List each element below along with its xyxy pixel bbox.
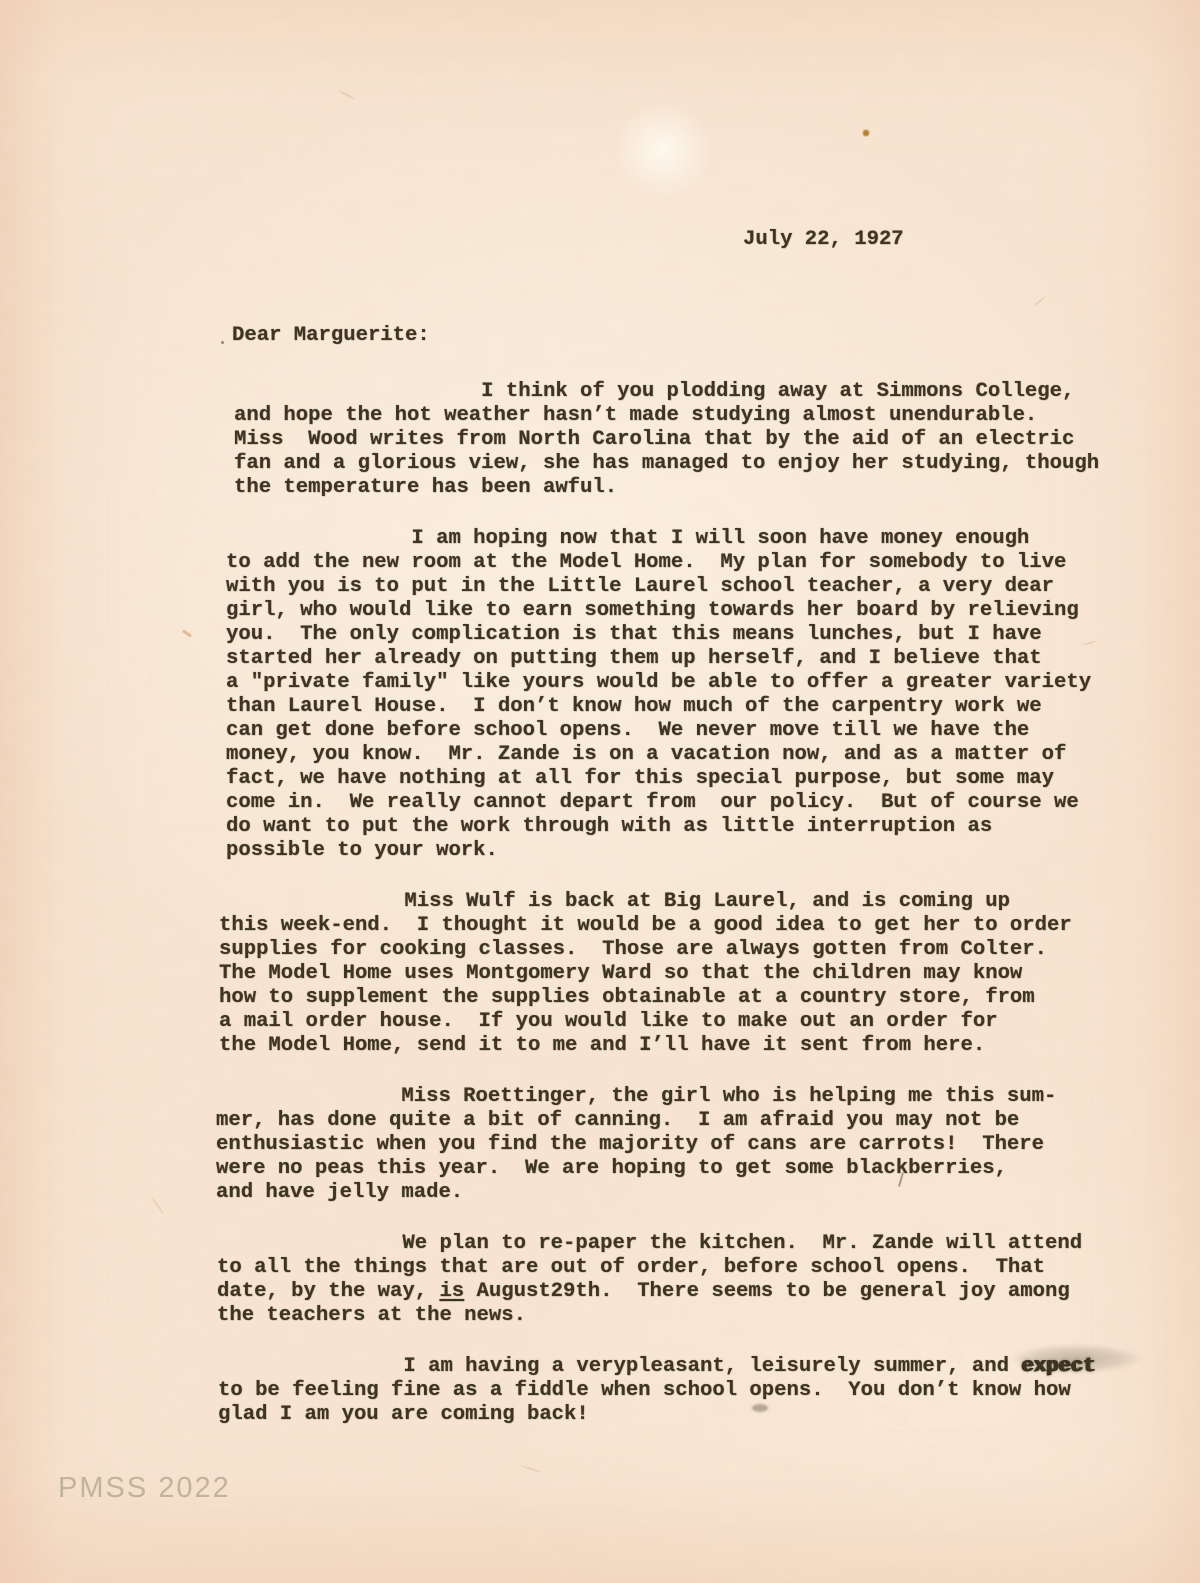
- letter-line: Miss Roettinger, the girl who is helping…: [216, 1085, 1146, 1109]
- paragraph: Miss Roettinger, the girl who is helping…: [216, 1085, 1146, 1205]
- paper-speck: [862, 129, 870, 137]
- letter-line: come in. We really cannot depart from ou…: [226, 791, 1156, 815]
- letter-content: July 22, 1927 Dear Marguerite: I think o…: [224, 228, 1154, 1427]
- letter-line: The Model Home uses Montgomery Ward so t…: [219, 962, 1149, 986]
- letter-line: Miss Wood writes from North Carolina tha…: [234, 428, 1164, 452]
- paragraph: I think of you plodding away at Simmons …: [234, 380, 1164, 500]
- letter-line: fact, we have nothing at all for this sp…: [226, 767, 1156, 791]
- paragraph: Miss Wulf is back at Big Laurel, and is …: [219, 890, 1149, 1058]
- letter-line: money, you know. Mr. Zande is on a vacat…: [226, 743, 1156, 767]
- letter-line: were no peas this year. We are hoping to…: [216, 1157, 1146, 1181]
- paper-fiber: [151, 1197, 164, 1215]
- letter-line: date, by the way, is August29th. There s…: [217, 1280, 1147, 1304]
- letter-line: started her already on putting them up h…: [226, 647, 1156, 671]
- letter-line: how to supplement the supplies obtainabl…: [219, 986, 1149, 1010]
- watermark: PMSS 2022: [58, 1472, 231, 1505]
- letter-line: do want to put the work through with as …: [226, 815, 1156, 839]
- date-line: July 22, 1927: [743, 228, 1154, 252]
- letter-line: fan and a glorious view, she has managed…: [234, 452, 1164, 476]
- letter-page: July 22, 1927 Dear Marguerite: I think o…: [0, 0, 1200, 1583]
- letter-line: to be feeling fine as a fiddle when scho…: [218, 1379, 1148, 1403]
- letter-line: can get done before school opens. We nev…: [226, 719, 1156, 743]
- letter-line: a "private family" like yours would be a…: [226, 671, 1156, 695]
- salutation: Dear Marguerite:: [232, 324, 1154, 348]
- letter-line: you. The only complication is that this …: [226, 623, 1156, 647]
- letter-line: this week-end. I thought it would be a g…: [219, 914, 1149, 938]
- letter-line: with you is to put in the Little Laurel …: [226, 575, 1156, 599]
- paragraph: I am having a verypleasant, leisurely su…: [218, 1355, 1148, 1427]
- letter-line: Miss Wulf is back at Big Laurel, and is …: [219, 890, 1149, 914]
- paper-fiber: [520, 1465, 542, 1474]
- letter-line: I think of you plodding away at Simmons …: [234, 380, 1164, 404]
- letter-line: the teachers at the news.: [217, 1304, 1147, 1328]
- letter-line: supplies for cooking classes. Those are …: [219, 938, 1149, 962]
- letter-line: to all the things that are out of order,…: [217, 1256, 1147, 1280]
- paragraph: We plan to re-paper the kitchen. Mr. Zan…: [217, 1232, 1147, 1328]
- letter-line: the Model Home, send it to me and I’ll h…: [219, 1034, 1149, 1058]
- paper-fiber: [339, 90, 356, 100]
- paper-fiber: [182, 629, 192, 637]
- letter-body: I think of you plodding away at Simmons …: [224, 380, 1154, 1427]
- letter-line: mer, has done quite a bit of canning. I …: [216, 1109, 1146, 1133]
- letter-line: to add the new room at the Model Home. M…: [226, 551, 1156, 575]
- letter-line: I am having a verypleasant, leisurely su…: [218, 1355, 1148, 1379]
- letter-line: glad I am you are coming back!: [218, 1403, 1148, 1427]
- letter-line: girl, who would like to earn something t…: [226, 599, 1156, 623]
- letter-line: We plan to re-paper the kitchen. Mr. Zan…: [217, 1232, 1147, 1256]
- letter-line: than Laurel House. I don’t know how much…: [226, 695, 1156, 719]
- letter-line: possible to your work.: [226, 839, 1156, 863]
- paper-stain: [615, 100, 711, 200]
- letter-line: and hope the hot weather hasn’t made stu…: [234, 404, 1164, 428]
- letter-line: a mail order house. If you would like to…: [219, 1010, 1149, 1034]
- paragraph: I am hoping now that I will soon have mo…: [226, 527, 1156, 863]
- letter-line: and have jelly made.: [216, 1181, 1146, 1205]
- letter-line: enthusiastic when you find the majority …: [216, 1133, 1146, 1157]
- letter-line: the temperature has been awful.: [234, 476, 1164, 500]
- letter-line: I am hoping now that I will soon have mo…: [226, 527, 1156, 551]
